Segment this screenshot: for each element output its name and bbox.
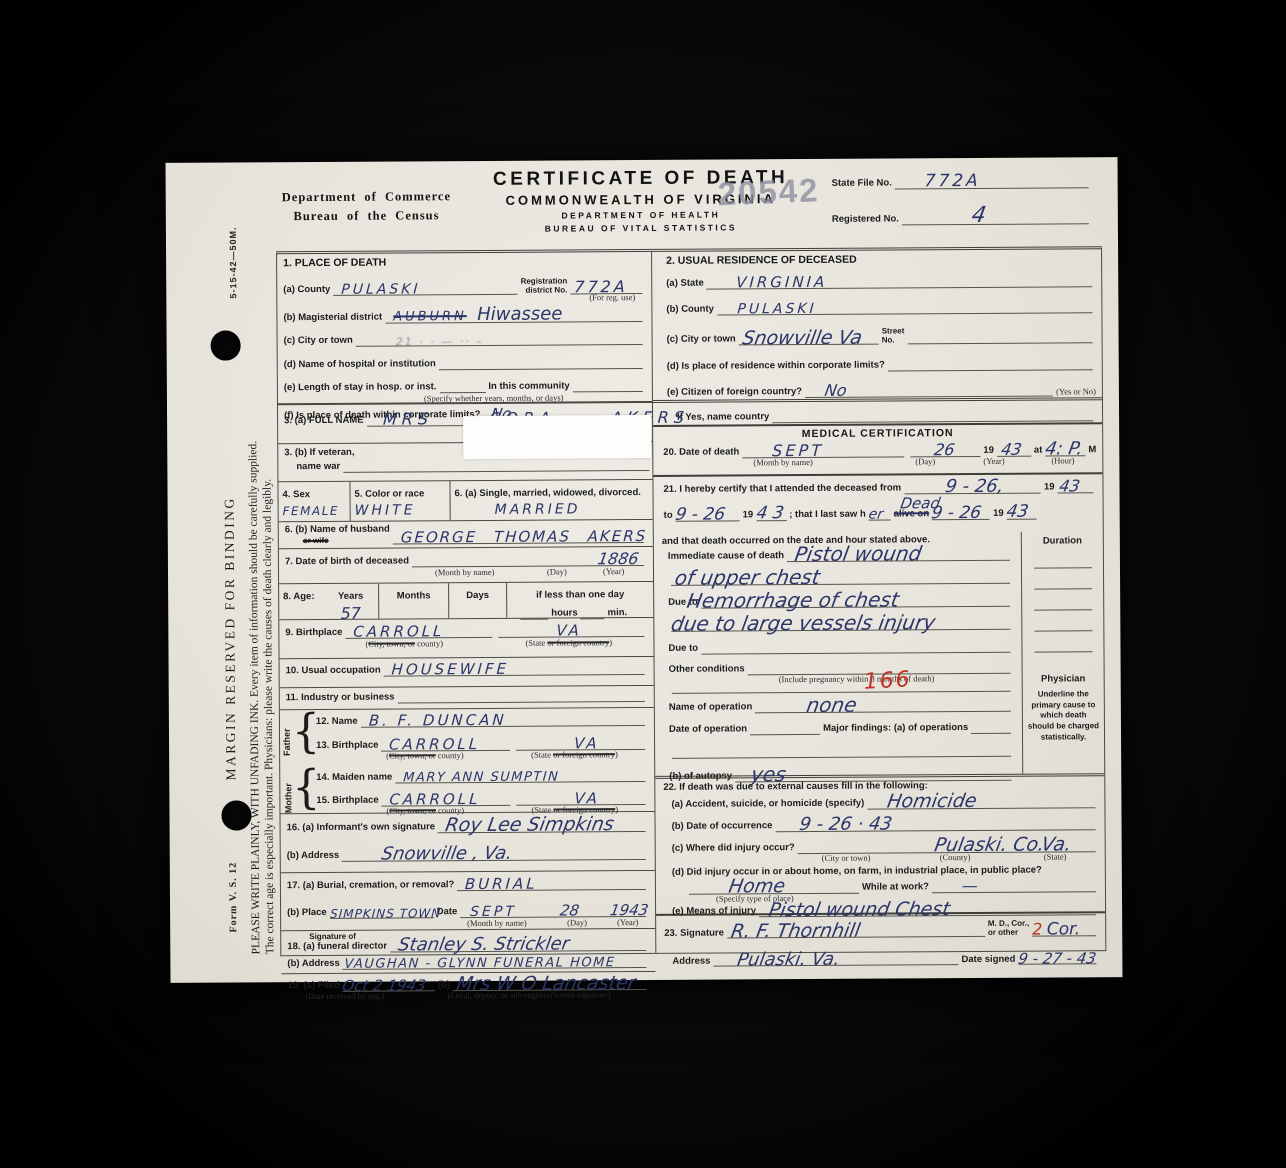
- occupation-line: HOUSEWIFE: [384, 661, 645, 677]
- margin-instructions: PLEASE WRITE PLAINLY, WITH UNFADING INK.…: [246, 224, 277, 954]
- race-label: 5. Color or race: [354, 488, 424, 499]
- dob-line: 1886: [412, 552, 644, 567]
- spouse-label: 6. (b) Name of husband or wife: [285, 524, 390, 546]
- sig-value: R. F. Thornhill: [729, 920, 862, 943]
- stay-label: (e) Length of stay in hosp. or inst.: [284, 381, 437, 394]
- date-signed-value: 9 - 27 - 43: [1017, 950, 1098, 968]
- dod-label: 20. Date of death: [663, 446, 739, 458]
- magisterial-line: AUBURN Hiwassee: [385, 308, 642, 324]
- section-spouse: 6. (b) Name of husband or wife GEORGE TH…: [279, 522, 653, 549]
- kind-line: Homicide: [867, 794, 1095, 809]
- due1-line: Hemorrhage of chest: [701, 593, 1011, 609]
- pod-city-label: (c) City or town: [284, 335, 353, 347]
- sex-label: 4. Sex: [282, 489, 310, 500]
- res-street-line: [907, 329, 1092, 344]
- where-city-note: (City or town): [822, 852, 871, 862]
- citizen-note: (Yes or No): [1056, 387, 1096, 397]
- father-bp-note: (City, town, or county): [386, 750, 464, 760]
- sig-title-label: M. D., Cor., or other: [988, 919, 1029, 938]
- father-group: Father { 12. Name B. F. DUNCAN 13. Birth…: [280, 712, 654, 764]
- citizen-label: (e) Citizen of foreign country?: [667, 386, 802, 399]
- certificate-form: Department of Commerce Bureau of the Cen…: [276, 157, 1107, 956]
- margin-form-number: Form V. S. 12: [228, 862, 239, 933]
- sig-addr-value: Pulaski. Va.: [736, 949, 842, 971]
- pod-city-line: 21 · · — ·· –: [356, 331, 643, 347]
- means-value: Pistol wound Chest: [767, 898, 951, 921]
- dob-label: 7. Date of birth of deceased: [285, 556, 409, 569]
- sex-cell: 4. Sex FEMALE: [278, 482, 350, 521]
- dod-hour-note: (Hour): [1051, 455, 1074, 465]
- mother-name-value: MARY ANN SUMPTIN: [403, 770, 560, 786]
- due1-value-1: Hemorrhage of chest: [685, 587, 901, 612]
- birthplace-state-line: VA: [498, 623, 645, 638]
- age-label: 8. Age:: [283, 591, 314, 602]
- magisterial-value: AUBURN Hiwassee: [393, 303, 562, 325]
- certify-to-year: 4 3: [755, 503, 785, 523]
- stay-line: [439, 379, 485, 393]
- immediate-line-2: of upper chest: [671, 570, 1010, 586]
- reg-district-label: Registration district No.: [521, 276, 568, 295]
- father-side-label: Father: [282, 728, 292, 756]
- informant-sig-label: 16. (a) Informant's own signature: [287, 821, 436, 834]
- birthplace-line: CARROLL: [345, 624, 492, 639]
- due1-line-2: due to large vessels injury: [671, 616, 1010, 632]
- op-date-label: Date of operation: [669, 723, 747, 735]
- filed-line: Oct 2 1943: [343, 977, 435, 992]
- means-label: (e) Means of injury: [672, 905, 756, 917]
- age-years-cell: Years 57: [323, 584, 379, 619]
- date-signed-label: Date signed: [961, 953, 1015, 965]
- state-file-label: State File No.: [832, 178, 892, 190]
- spouse-value: GEORGE THOMAS AKERS: [400, 527, 648, 547]
- hospital-label: (d) Name of hospital or institution: [284, 358, 436, 371]
- informant-sig-value: Roy Lee Simpkins: [444, 813, 616, 836]
- section-signature: 23. Signature R. F. Thornhill M. D., Cor…: [656, 918, 1105, 975]
- dod-month-line: SEPT: [742, 443, 904, 458]
- certify-from-year: 43: [1058, 476, 1082, 495]
- certify-from-line: 9 - 26,: [904, 480, 1041, 495]
- kind-label: (a) Accident, suicide, or homicide (spec…: [671, 798, 864, 811]
- birthplace-state-note: (State or foreign country): [525, 637, 612, 648]
- certify-from-value: 9 - 26,: [943, 476, 1005, 497]
- res-city-line: Snowville Va: [739, 331, 879, 346]
- industry-label: 11. Industry or business: [286, 692, 395, 705]
- burial-label: 17. (a) Burial, cremation, or removal?: [287, 879, 454, 892]
- section-informant: 16. (a) Informant's own signature Roy Le…: [281, 818, 655, 873]
- operation-label: Name of operation: [669, 701, 752, 713]
- certify-from-year-pre: 19: [1044, 482, 1055, 494]
- dob-year-note: (Year): [603, 566, 624, 576]
- dod-at-label: at: [1034, 444, 1043, 456]
- age-days-cell: Days: [449, 583, 507, 618]
- immediate-value-1: Pistol wound: [793, 541, 924, 566]
- director-value: Stanley S. Strickler: [396, 934, 570, 956]
- duration-line-3: [1034, 589, 1092, 610]
- burial-month-note: (Month by name): [467, 918, 527, 928]
- spouse-line: GEORGE THOMAS AKERS: [393, 529, 644, 545]
- marital-label: 6. (a) Single, married, widowed, divorce…: [454, 487, 640, 499]
- duration-column: Duration: [1021, 531, 1104, 671]
- marital-value: MARRIED: [495, 501, 581, 518]
- pod-city-smudge: 21 · · — ·· –: [396, 335, 484, 349]
- pod-county-value: PULASKI: [341, 281, 421, 297]
- dod-year-note: (Year): [983, 455, 1004, 465]
- section-burial: 17. (a) Burial, cremation, or removal? B…: [281, 876, 655, 931]
- res-county-label: (b) County: [666, 303, 714, 315]
- physician-column: Physician Underline the primary cause to…: [1022, 671, 1105, 773]
- director-addr-value: VAUGHAN - GLYNN FUNERAL HOME: [344, 955, 616, 972]
- occur-line: 9 - 26 · 43: [775, 816, 1095, 832]
- burial-day-note: (Day): [567, 917, 587, 927]
- section-funeral-director: Signature of 18. (a) funeral director St…: [281, 930, 655, 974]
- sig-title-red-mark: 2: [1032, 920, 1042, 939]
- lastsaw-label: ; that I last saw h: [789, 509, 866, 521]
- registered-no-label: Registered No.: [832, 214, 899, 226]
- fullname-label: 3. (a) FULL NAME: [284, 415, 364, 427]
- dod-day-value: 26: [933, 440, 957, 459]
- lastsaw-year: 43: [1005, 502, 1030, 522]
- lastsaw-year-line: 43: [1007, 506, 1037, 520]
- res-corporate-label: (d) Is place of residence within corpora…: [667, 360, 885, 373]
- community-label: In this community: [488, 381, 569, 393]
- occupation-value: HOUSEWIFE: [391, 660, 510, 679]
- hospital-line: [439, 355, 643, 370]
- place-of-death-title: 1. PLACE OF DEATH: [283, 255, 651, 270]
- burial-line: BURIAL: [457, 876, 646, 891]
- age-min-label: min.: [608, 607, 628, 619]
- mother-name-line: MARY ANN SUMPTIN: [395, 768, 645, 784]
- race-value: WHITE: [355, 502, 416, 518]
- kind-value: Homicide: [885, 790, 978, 813]
- section-place-of-death: 1. PLACE OF DEATH (a) County PULASKI Reg…: [277, 255, 652, 405]
- bureau-vital-statistics: BUREAU OF VITAL STATISTICS: [466, 222, 816, 234]
- file-numbers: State File No. 772A Registered No. 4: [826, 173, 1098, 226]
- operation-value: none: [804, 693, 858, 717]
- race-cell: 5. Color or race WHITE: [350, 481, 450, 521]
- res-state-label: (a) State: [666, 277, 704, 289]
- father-name-value: B. F. DUNCAN: [368, 711, 507, 730]
- registered-no-line: 4: [902, 210, 1089, 225]
- burial-year-note: (Year): [617, 917, 638, 927]
- sig-label: 23. Signature: [664, 927, 724, 939]
- spacer-band: [653, 400, 1102, 427]
- certify-to-year-line: 4 3: [756, 507, 786, 521]
- res-city-label: (c) City or town: [667, 334, 736, 346]
- punch-hole-top: [211, 330, 241, 360]
- age-lt-label: if less than one day: [536, 589, 624, 601]
- findings-line-2: [672, 743, 1011, 759]
- magisterial-struck-value: AUBURN: [393, 309, 467, 324]
- section-birthplace: 9. Birthplace CARROLL VA (City, town, or…: [279, 623, 653, 659]
- means-line: Pistol wound Chest: [759, 901, 1096, 917]
- burial-value: BURIAL: [465, 875, 539, 893]
- lastsaw-year-pre: 19: [993, 508, 1004, 520]
- pod-county-line: PULASKI: [333, 281, 517, 296]
- registered-no-value: 4: [970, 203, 988, 228]
- reg-district-note: (For reg. use): [589, 292, 635, 302]
- medical-title: MEDICAL CERTIFICATION: [653, 426, 1102, 441]
- due2-line: [701, 639, 1011, 655]
- mother-bp-label: 15. Birthplace: [316, 795, 378, 807]
- dod-year-line: 43: [997, 442, 1031, 456]
- section-sex-race-marital: 4. Sex FEMALE 5. Color or race WHITE 6. …: [278, 480, 652, 522]
- director-addr-line: VAUGHAN - GLYNN FUNERAL HOME: [343, 954, 647, 970]
- duration-label: Duration: [1022, 535, 1103, 547]
- veteran-line: [343, 457, 649, 473]
- er-line: er: [869, 506, 891, 520]
- section-date-of-birth: 7. Date of birth of deceased 1886 (Month…: [279, 552, 653, 584]
- informant-addr-line: Snowville , Va.: [342, 846, 646, 862]
- margin-binding-note: MARGIN RESERVED FOR BINDING: [222, 496, 240, 780]
- margin-print-code: 5-15-42—50M.: [228, 226, 238, 298]
- section-occupation: 10. Usual occupation HOUSEWIFE: [280, 661, 654, 688]
- section-filed: 19. (a) Filed Oct 2 1943 (b) Mrs W O Lan…: [281, 976, 655, 1011]
- age-min-line: [581, 605, 605, 619]
- duration-line-4: [1034, 610, 1092, 631]
- age-months-cell: Months: [379, 583, 449, 618]
- findings-label: Major findings: (a) of operations: [823, 722, 968, 735]
- sig-title-line: 2 Cor.: [1032, 923, 1096, 937]
- age-years-label: Years: [338, 591, 363, 602]
- due1-value-2: due to large vessels injury: [669, 610, 937, 636]
- section-industry: 11. Industry or business: [280, 688, 654, 710]
- left-column: 1. PLACE OF DEATH (a) County PULASKI Reg…: [277, 252, 656, 955]
- res-county-value: PULASKI: [736, 301, 816, 317]
- dod-day-line: 26: [910, 443, 980, 457]
- filed-note: (Date received by reg.): [306, 991, 384, 1001]
- lastsaw-date-line: 9 - 26: [932, 506, 990, 520]
- stay-note: (Specify whether years, months, or days): [424, 392, 564, 403]
- duration-line-1: [1033, 547, 1091, 568]
- informant-addr-label: (b) Address: [287, 850, 340, 862]
- er-value: er: [867, 507, 884, 523]
- dob-day-note: (Day): [547, 566, 567, 576]
- sex-value: FEMALE: [283, 504, 339, 518]
- res-city-value: Snowville Va: [741, 327, 864, 350]
- dod-m-label: M: [1088, 444, 1096, 456]
- file-number-stamp: 20542: [717, 171, 820, 213]
- state-file-value: 772A: [924, 171, 981, 191]
- dod-month-note: (Month by name): [753, 457, 813, 467]
- where-state-note: (State): [1044, 851, 1067, 861]
- magisterial-new-value: Hiwassee: [477, 303, 562, 325]
- sig-addr-label: Address: [672, 955, 710, 967]
- mother-name-label: 14. Maiden name: [316, 772, 392, 784]
- due2-label: Due to: [668, 643, 698, 655]
- occur-value: 9 - 26 · 43: [798, 813, 894, 835]
- age-hours-line: [520, 606, 548, 620]
- operation-main: 166 Name of operation none Date of opera…: [655, 672, 1023, 776]
- where-label: (c) Where did injury occur?: [672, 842, 795, 855]
- form-header: Department of Commerce Bureau of the Cen…: [276, 157, 1103, 251]
- certify-from-year-line: 43: [1057, 479, 1093, 493]
- registrar-note: (Local, deputy, or sub-registrar's own s…: [448, 989, 611, 1000]
- birthplace-label: 9. Birthplace: [285, 627, 342, 639]
- informant-sig-line: Roy Lee Simpkins: [438, 818, 646, 833]
- birthplace-note: (City, town, or county): [365, 638, 443, 648]
- sig-title-value-wrap: 2 Cor.: [1032, 920, 1080, 940]
- father-name-line: B. F. DUNCAN: [361, 712, 645, 728]
- res-street-label: Street No.: [882, 326, 905, 345]
- marital-cell: 6. (a) Single, married, widowed, divorce…: [450, 480, 652, 520]
- operation-top-line: [672, 678, 1011, 694]
- operation-line: none: [755, 698, 1011, 714]
- sig-title-value: Cor.: [1047, 920, 1080, 940]
- where-county-note: (County): [940, 852, 971, 862]
- sig-addr-line: Pulaski. Va.: [713, 951, 958, 966]
- form-body: 1. PLACE OF DEATH (a) County PULASKI Reg…: [276, 246, 1106, 956]
- section-medical-head: MEDICAL CERTIFICATION 20. Date of death …: [653, 426, 1102, 477]
- punch-hole-bottom: [221, 800, 251, 830]
- community-line: [573, 378, 643, 392]
- right-column: 2. USUAL RESIDENCE OF DECEASED (a) State…: [652, 249, 1105, 953]
- magisterial-label: (b) Magisterial district: [283, 312, 382, 324]
- redaction-box: [463, 415, 651, 459]
- father-name-label: 12. Name: [316, 716, 358, 728]
- certify-label: 21. I hereby certify that I attended the…: [663, 483, 901, 496]
- certify-to-value: 9 - 26: [674, 504, 727, 524]
- citizen-line: No: [805, 382, 1053, 398]
- occupation-label: 10. Usual occupation: [286, 665, 381, 677]
- burial-place-label: (b) Place: [287, 907, 327, 919]
- age-days-label: Days: [466, 590, 489, 601]
- duration-line-2: [1033, 568, 1091, 589]
- op-date-line: [750, 721, 820, 735]
- director-label: Signature of 18. (a) funeral director: [287, 932, 387, 954]
- physician-note: Underline the primary cause to which dea…: [1027, 689, 1100, 743]
- dob-month-note: (Month by name): [435, 567, 495, 577]
- certify-to-line: 9 - 26: [676, 507, 740, 521]
- section-cause: and that death occurred on the date and …: [654, 531, 1104, 674]
- dead-value: Dead: [900, 494, 903, 512]
- sig-line: R. F. Thornhill: [727, 923, 985, 939]
- section-external-causes: 22. If death was due to external causes …: [655, 779, 1105, 916]
- work-value: —: [960, 876, 979, 895]
- veteran-label-2: name war: [296, 461, 340, 473]
- issuing-department: Department of Commerce Bureau of the Cen…: [282, 187, 452, 226]
- res-corporate-line: [888, 356, 1093, 371]
- work-label: While at work?: [862, 881, 929, 893]
- duration-line-5: [1034, 631, 1092, 652]
- binding-margin: 5-15-42—50M. MARGIN RESERVED FOR BINDING…: [180, 162, 281, 983]
- external-title: 22. If death was due to external causes …: [663, 779, 1104, 794]
- occur-label: (b) Date of occurrence: [672, 820, 773, 832]
- physician-label: Physician: [1027, 673, 1100, 685]
- department-line-1: Department of Commerce: [282, 187, 451, 207]
- age-hours-cell: if less than one day hours min.: [507, 582, 653, 618]
- res-county-line: PULASKI: [717, 299, 1093, 315]
- certify-to-label: to: [664, 510, 673, 522]
- section-parents: Father { 12. Name B. F. DUNCAN 13. Birth…: [280, 712, 655, 814]
- father-bp-state-note: (State or foreign country): [531, 749, 618, 760]
- section-certify: 21. I hereby certify that I attended the…: [653, 479, 1102, 534]
- director-addr-label: (b) Address: [287, 958, 340, 970]
- burial-place-line: SIMPKINS TOWN: [330, 904, 434, 919]
- work-line: —: [932, 878, 1096, 893]
- date-signed-line: 9 - 27 - 43: [1018, 951, 1096, 965]
- res-state-value: VIRGINIA: [736, 272, 828, 291]
- state-file-line: 772A: [895, 174, 1089, 189]
- age-hours-label: hours: [551, 608, 577, 620]
- industry-line: [397, 688, 644, 704]
- department-line-2: Bureau of the Census: [282, 206, 451, 226]
- age-years-value: 57: [341, 604, 361, 623]
- section-residence: 2. USUAL RESIDENCE OF DECEASED (a) State…: [652, 252, 1102, 403]
- pod-county-label: (a) County: [283, 284, 330, 296]
- immediate-label: Immediate cause of death: [668, 550, 784, 563]
- burial-date-line: SEPT 28 1943: [460, 903, 646, 918]
- certify-to-year-pre: 19: [743, 509, 754, 521]
- age-label-cell: 8. Age:: [279, 584, 323, 619]
- citizen-value: No: [823, 381, 848, 400]
- immediate-value-2: of upper chest: [673, 565, 822, 590]
- father-bp-label: 13. Birthplace: [316, 740, 378, 752]
- dod-hour-line: 4: P.: [1045, 442, 1085, 456]
- dod-day-note: (Day): [915, 456, 935, 466]
- res-state-line: VIRGINIA: [707, 273, 1093, 289]
- cause-main: and that death occurred on the date and …: [654, 532, 1022, 674]
- immediate-line: Pistol wound: [787, 547, 1010, 562]
- residence-title: 2. USUAL RESIDENCE OF DECEASED: [666, 252, 1101, 267]
- lastsaw-date: 9 - 26: [930, 503, 983, 523]
- informant-addr-value: Snowville , Va.: [380, 843, 514, 865]
- director-line: Stanley S. Strickler: [390, 937, 646, 953]
- section-age: 8. Age: Years 57 Months Days if less tha…: [279, 582, 653, 620]
- findings-line: [971, 720, 1011, 734]
- section-operation: 166 Name of operation none Date of opera…: [655, 671, 1105, 779]
- age-months-label: Months: [397, 590, 431, 601]
- burial-place-value: SIMPKINS TOWN: [329, 906, 441, 921]
- death-certificate-page: 5-15-42—50M. MARGIN RESERVED FOR BINDING…: [166, 157, 1123, 983]
